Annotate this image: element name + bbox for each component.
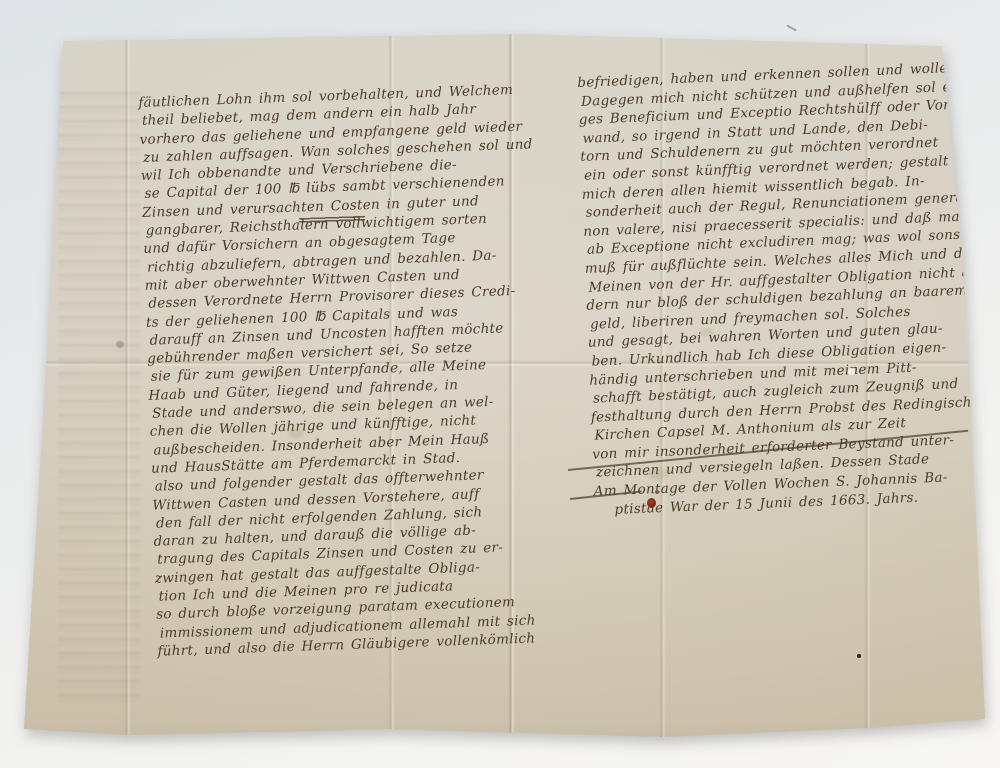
- manuscript-sheet: fäutlichen Lohn ihm sol vorbehalten, und…: [0, 0, 1000, 768]
- ink-speck: [857, 654, 861, 658]
- ink-bleedthrough: [58, 92, 140, 704]
- photo-background: fäutlichen Lohn ihm sol vorbehalten, und…: [0, 0, 1000, 768]
- right-page-text: befriedigen, haben und erkennen sollen u…: [577, 58, 995, 520]
- left-page-text: fäutlichen Lohn ihm sol vorbehalten, und…: [138, 80, 556, 661]
- manuscript-sheet-shadow: fäutlichen Lohn ihm sol vorbehalten, und…: [0, 0, 1000, 768]
